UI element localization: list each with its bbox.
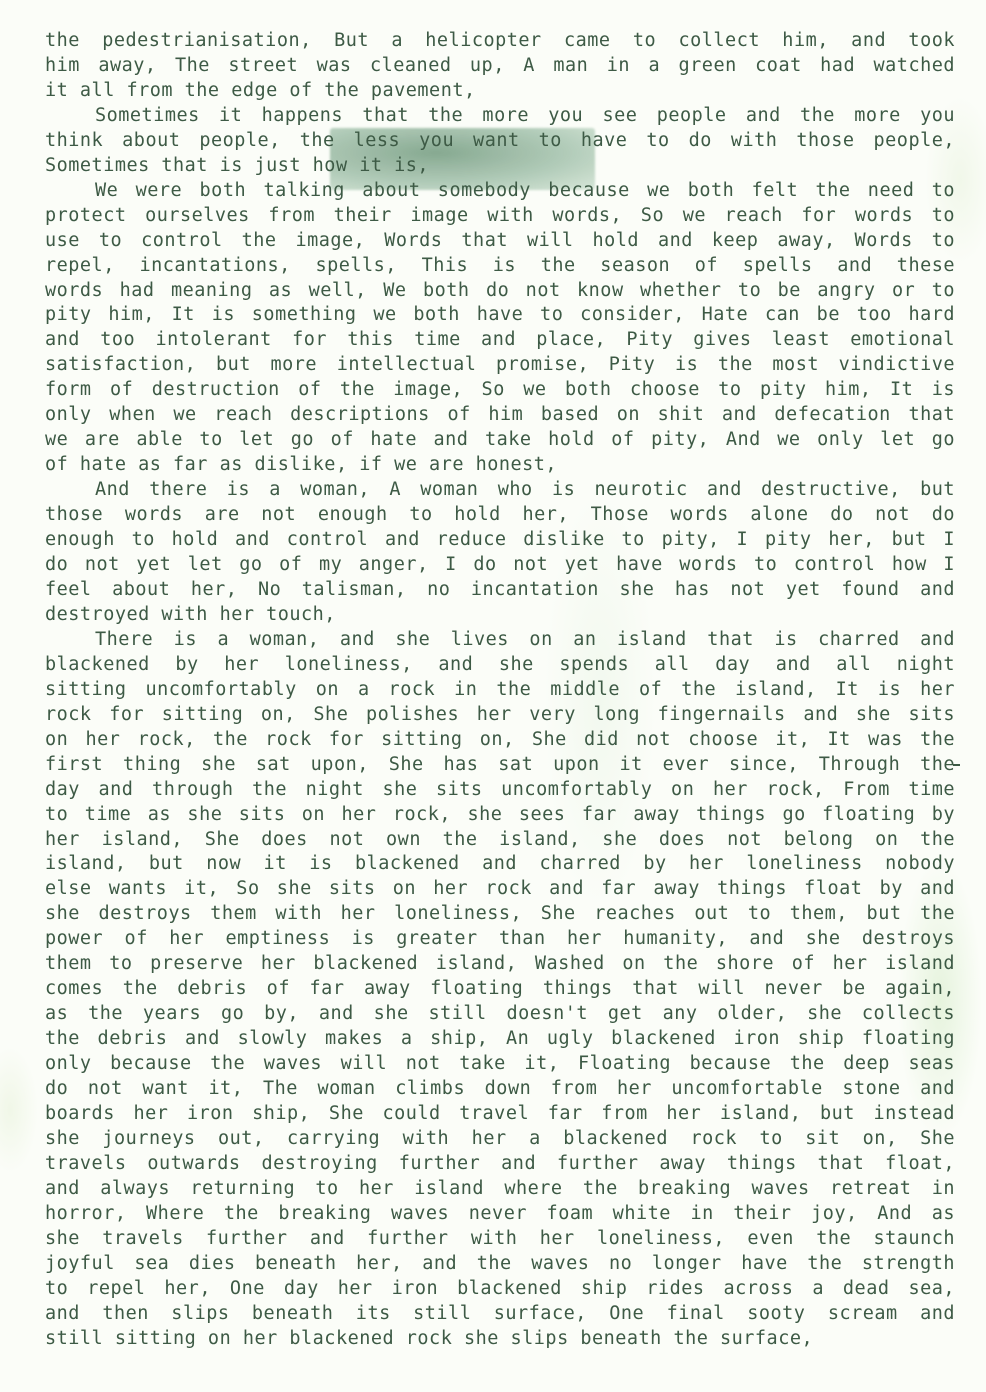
text-line: day and through the night she sits uncom…	[45, 778, 955, 803]
text-line-content: him away, The street was cleaned up, A m…	[45, 54, 955, 79]
text-line: she destroys them with her loneliness, S…	[45, 902, 955, 927]
text-line-content: There is a woman, and she lives on an is…	[95, 628, 955, 653]
text-line: do not want it, The woman climbs down fr…	[45, 1077, 955, 1102]
text-line-content: words had meaning as well, We both do no…	[45, 279, 955, 304]
text-line: to time as she sits on her rock, she see…	[45, 803, 955, 828]
text-line: feel about her, No talisman, no incantat…	[45, 578, 955, 603]
text-line-content: of hate as far as dislike, if we are hon…	[45, 453, 955, 478]
text-line-content: We were both talking about somebody beca…	[95, 179, 955, 204]
text-line: her island, She does not own the island,…	[45, 828, 955, 853]
text-line: Sometimes that is just how it is,	[45, 154, 955, 179]
text-line-content: still sitting on her blackened rock she …	[45, 1327, 955, 1352]
text-line-content: feel about her, No talisman, no incantat…	[45, 578, 955, 603]
text-line-content: the pedestrianisation, But a helicopter …	[45, 29, 955, 54]
text-line: do not yet let go of my anger, I do not …	[45, 553, 955, 578]
text-line: comes the debris of far away floating th…	[45, 977, 955, 1002]
text-line: words had meaning as well, We both do no…	[45, 279, 955, 304]
text-line-content: enough to hold and control and reduce di…	[45, 528, 955, 553]
text-line: first thing she sat upon, She has sat up…	[45, 753, 955, 778]
text-line-content: them to preserve her blackened island, W…	[45, 952, 955, 977]
text-line: to repel her, One day her iron blackened…	[45, 1277, 955, 1302]
text-line-content: comes the debris of far away floating th…	[45, 977, 955, 1002]
text-line: the pedestrianisation, But a helicopter …	[45, 29, 955, 54]
text-line: joyful sea dies beneath her, and the wav…	[45, 1252, 955, 1277]
text-line: blackened by her loneliness, and she spe…	[45, 653, 955, 678]
text-line: only because the waves will not take it,…	[45, 1052, 955, 1077]
text-line-content: and too intolerant for this time and pla…	[45, 328, 955, 353]
text-line: we are able to let go of hate and take h…	[45, 428, 955, 453]
paragraph: the pedestrianisation, But a helicopter …	[45, 29, 955, 104]
text-line: and too intolerant for this time and pla…	[45, 328, 955, 353]
text-line: only when we reach descriptions of him b…	[45, 403, 955, 428]
paragraph: Sometimes it happens that the more you s…	[45, 104, 955, 179]
text-line-content: she journeys out, carrying with her a bl…	[45, 1127, 955, 1152]
text-line-content: do not want it, The woman climbs down fr…	[45, 1077, 955, 1102]
text-line: horror, Where the breaking waves never f…	[45, 1202, 955, 1227]
text-line: him away, The street was cleaned up, A m…	[45, 54, 955, 79]
text-line: the debris and slowly makes a ship, An u…	[45, 1027, 955, 1052]
text-line-content: repel, incantations, spells, This is the…	[45, 254, 955, 279]
text-line-content: to time as she sits on her rock, she see…	[45, 803, 955, 828]
text-line: as the years go by, and she still doesn'…	[45, 1002, 955, 1027]
text-line: she travels further and further with her…	[45, 1227, 955, 1252]
text-line: repel, incantations, spells, This is the…	[45, 254, 955, 279]
typed-page-body: the pedestrianisation, But a helicopter …	[45, 29, 955, 1352]
text-line-content: blackened by her loneliness, and she spe…	[45, 653, 955, 678]
text-line-content: boards her iron ship, She could travel f…	[45, 1102, 955, 1127]
text-line: travels outwards destroying further and …	[45, 1152, 955, 1177]
text-line-content: and always returning to her island where…	[45, 1177, 955, 1202]
text-line-content: she destroys them with her loneliness, S…	[45, 902, 955, 927]
text-line-content: only because the waves will not take it,…	[45, 1052, 955, 1077]
text-line-content: to repel her, One day her iron blackened…	[45, 1277, 955, 1302]
text-line-content: horror, Where the breaking waves never f…	[45, 1202, 955, 1227]
paragraph: There is a woman, and she lives on an is…	[45, 628, 955, 1352]
text-line-content: she travels further and further with her…	[45, 1227, 955, 1252]
text-line-content: else wants it, So she sits on her rock a…	[45, 877, 955, 902]
text-line: There is a woman, and she lives on an is…	[45, 628, 955, 653]
text-line-content: power of her emptiness is greater than h…	[45, 927, 955, 952]
text-line: on her rock, the rock for sitting on, Sh…	[45, 728, 955, 753]
text-line: satisfaction, but more intellectual prom…	[45, 353, 955, 378]
text-line-content: destroyed with her touch,	[45, 603, 955, 628]
paragraph: And there is a woman, A woman who is neu…	[45, 478, 955, 628]
text-line: it all from the edge of the pavement,	[45, 79, 955, 104]
text-line-content: and then slips beneath its still surface…	[45, 1302, 955, 1327]
text-line: protect ourselves from their image with …	[45, 204, 955, 229]
text-line-content: form of destruction of the image, So we …	[45, 378, 955, 403]
text-line-content: satisfaction, but more intellectual prom…	[45, 353, 955, 378]
text-line: and then slips beneath its still surface…	[45, 1302, 955, 1327]
text-line: of hate as far as dislike, if we are hon…	[45, 453, 955, 478]
text-line: boards her iron ship, She could travel f…	[45, 1102, 955, 1127]
text-line-content: on her rock, the rock for sitting on, Sh…	[45, 728, 955, 753]
text-line-content: Sometimes it happens that the more you s…	[95, 104, 955, 129]
text-line-content: pity him, It is something we both have t…	[45, 303, 955, 328]
text-line-content: only when we reach descriptions of him b…	[45, 403, 955, 428]
paragraph: We were both talking about somebody beca…	[45, 179, 955, 478]
text-line-content: day and through the night she sits uncom…	[45, 778, 955, 803]
text-line-content: sitting uncomfortably on a rock in the m…	[45, 678, 955, 703]
text-line: enough to hold and control and reduce di…	[45, 528, 955, 553]
text-line-content: rock for sitting on, She polishes her ve…	[45, 703, 955, 728]
text-line: We were both talking about somebody beca…	[45, 179, 955, 204]
text-line-content: island, but now it is blackened and char…	[45, 852, 955, 877]
text-line-content: we are able to let go of hate and take h…	[45, 428, 955, 453]
text-line: sitting uncomfortably on a rock in the m…	[45, 678, 955, 703]
text-line-content: think about people, the less you want to…	[45, 129, 955, 154]
text-line-content: joyful sea dies beneath her, and the wav…	[45, 1252, 955, 1277]
text-line: those words are not enough to hold her, …	[45, 503, 955, 528]
text-line: And there is a woman, A woman who is neu…	[45, 478, 955, 503]
text-line-content: as the years go by, and she still doesn'…	[45, 1002, 955, 1027]
text-line-content: do not yet let go of my anger, I do not …	[45, 553, 955, 578]
text-line: rock for sitting on, She polishes her ve…	[45, 703, 955, 728]
text-line: Sometimes it happens that the more you s…	[45, 104, 955, 129]
text-line: still sitting on her blackened rock she …	[45, 1327, 955, 1352]
text-line-content: first thing she sat upon, She has sat up…	[45, 753, 955, 778]
text-line: think about people, the less you want to…	[45, 129, 955, 154]
text-line: form of destruction of the image, So we …	[45, 378, 955, 403]
text-line-content: it all from the edge of the pavement,	[45, 79, 955, 104]
text-line-content: travels outwards destroying further and …	[45, 1152, 955, 1177]
text-line: power of her emptiness is greater than h…	[45, 927, 955, 952]
text-line: she journeys out, carrying with her a bl…	[45, 1127, 955, 1152]
margin-hyphen-mark	[953, 764, 960, 766]
text-line-content: use to control the image, Words that wil…	[45, 229, 955, 254]
text-line: use to control the image, Words that wil…	[45, 229, 955, 254]
text-line-content: those words are not enough to hold her, …	[45, 503, 955, 528]
text-line-content: Sometimes that is just how it is,	[45, 154, 955, 179]
text-line: destroyed with her touch,	[45, 603, 955, 628]
text-line-content: her island, She does not own the island,…	[45, 828, 955, 853]
text-line: and always returning to her island where…	[45, 1177, 955, 1202]
text-line-content: protect ourselves from their image with …	[45, 204, 955, 229]
text-line: island, but now it is blackened and char…	[45, 852, 955, 877]
text-line-content: the debris and slowly makes a ship, An u…	[45, 1027, 955, 1052]
text-line: else wants it, So she sits on her rock a…	[45, 877, 955, 902]
text-line: pity him, It is something we both have t…	[45, 303, 955, 328]
text-line-content: And there is a woman, A woman who is neu…	[95, 478, 955, 503]
text-line: them to preserve her blackened island, W…	[45, 952, 955, 977]
